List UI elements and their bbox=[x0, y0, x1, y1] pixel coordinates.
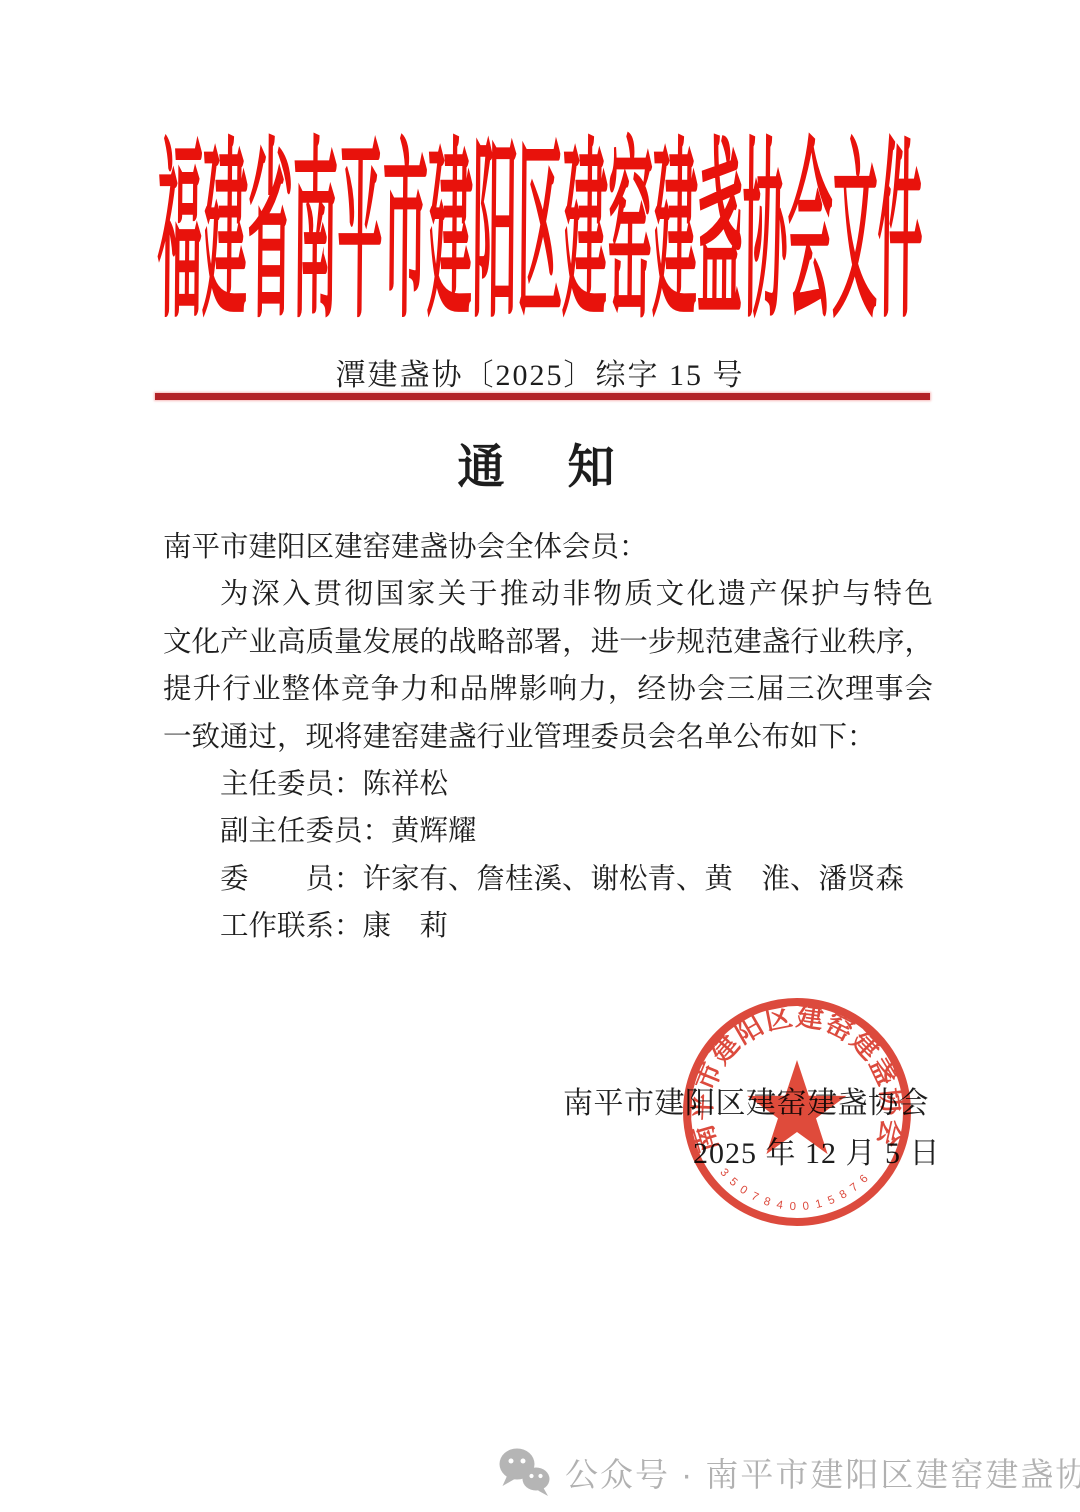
paragraph-line: 为深入贯彻国家关于推动非物质文化遗产保护与特色 bbox=[163, 571, 933, 618]
official-document-page: 福建省南平市建阳区建窑建盏协会文件 潭建盏协〔2025〕综字 15 号 通 知 … bbox=[0, 0, 1080, 1512]
committee-line-contact: 工作联系：康 莉 bbox=[163, 903, 933, 950]
committee-line-deputy-director: 副主任委员：黄辉耀 bbox=[163, 808, 933, 855]
seal-star-icon bbox=[748, 1060, 847, 1154]
committee-line-members: 委 员：许家有、詹桂溪、谢松青、黄 淮、潘贤森 bbox=[163, 856, 933, 903]
notice-title: 通 知 bbox=[0, 430, 1080, 497]
paragraph-line: 文化产业高质量发展的战略部署，进一步规范建盏行业秩序， bbox=[163, 619, 933, 666]
salutation-line: 南平市建阳区建窑建盏协会全体会员： bbox=[163, 524, 933, 571]
wechat-icon bbox=[497, 1446, 551, 1498]
paragraph-line: 提升行业整体竞争力和品牌影响力，经协会三届三次理事会 bbox=[163, 666, 933, 713]
red-divider-line bbox=[155, 393, 930, 400]
wechat-account-footer: 公众号 · 南平市建阳区建窑建盏协会 bbox=[497, 1446, 1080, 1498]
notice-body: 南平市建阳区建窑建盏协会全体会员： 为深入贯彻国家关于推动非物质文化遗产保护与特… bbox=[163, 524, 933, 951]
footer-account-label: 公众号 · 南平市建阳区建窑建盏协会 bbox=[565, 1449, 1080, 1496]
red-header-banner-title: 福建省南平市建阳区建窑建盏协会文件 bbox=[0, 140, 1080, 334]
committee-line-director: 主任委员：陈祥松 bbox=[163, 761, 933, 808]
official-red-seal: 南平市建阳区建窑建盏协会 3507840015876 bbox=[655, 970, 939, 1254]
document-number: 潭建盏协〔2025〕综字 15 号 bbox=[0, 350, 1080, 394]
paragraph-line: 一致通过，现将建窑建盏行业管理委员会名单公布如下： bbox=[163, 714, 933, 761]
